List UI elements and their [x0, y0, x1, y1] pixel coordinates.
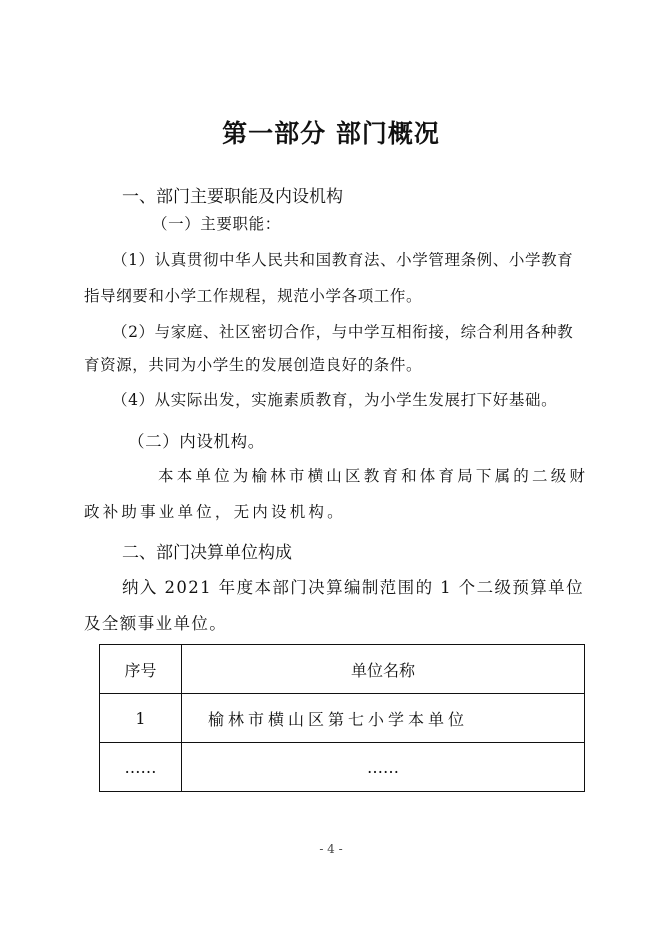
subheading-main-functions: （一）主要职能： [152, 212, 281, 234]
function-item-1-line2: 指导纲要和小学工作规程，规范小学各项工作。 [84, 284, 422, 306]
units-table: 序号 单位名称 1 榆林市横山区第七小学本单位 …… …… [99, 644, 585, 792]
cell-serial: 1 [100, 694, 182, 743]
cell-serial: …… [100, 743, 182, 792]
page-number: - 4 - [0, 842, 662, 856]
section-heading-1: 一、部门主要职能及内设机构 [122, 182, 343, 207]
subheading-internal-structure: （二）内设机构。 [128, 428, 265, 452]
cell-unit-name: …… [182, 743, 585, 792]
table-row: …… …… [100, 743, 585, 792]
function-item-4: （4）从实际出发，实施素质教育，为小学生发展打下好基础。 [112, 388, 557, 410]
header-serial: 序号 [100, 645, 182, 694]
units-para-line1: 纳入 2021 年度本部门决算编制范围的 1 个二级预算单位 [122, 574, 584, 598]
function-item-2-line2: 育资源，共同为小学生的发展创造良好的条件。 [84, 353, 422, 375]
section-heading-2: 二、部门决算单位构成 [122, 538, 292, 563]
function-item-1-line1: （1）认真贯彻中华人民共和国教育法、小学管理条例、小学教育 [112, 248, 573, 270]
structure-para-line1: 本本单位为榆林市横山区教育和体育局下属的二级财 [158, 464, 588, 486]
units-para-line2: 及全额事业单位。 [84, 610, 227, 634]
function-item-2-line1: （2）与家庭、社区密切合作，与中学互相衔接，综合利用各种教 [112, 320, 573, 342]
table-row: 1 榆林市横山区第七小学本单位 [100, 694, 585, 743]
page-title: 第一部分 部门概况 [0, 114, 662, 150]
structure-para-line2: 政补助事业单位，无内设机构。 [84, 500, 346, 522]
header-unit-name: 单位名称 [182, 645, 585, 694]
table-header-row: 序号 单位名称 [100, 645, 585, 694]
cell-unit-name: 榆林市横山区第七小学本单位 [182, 694, 585, 743]
